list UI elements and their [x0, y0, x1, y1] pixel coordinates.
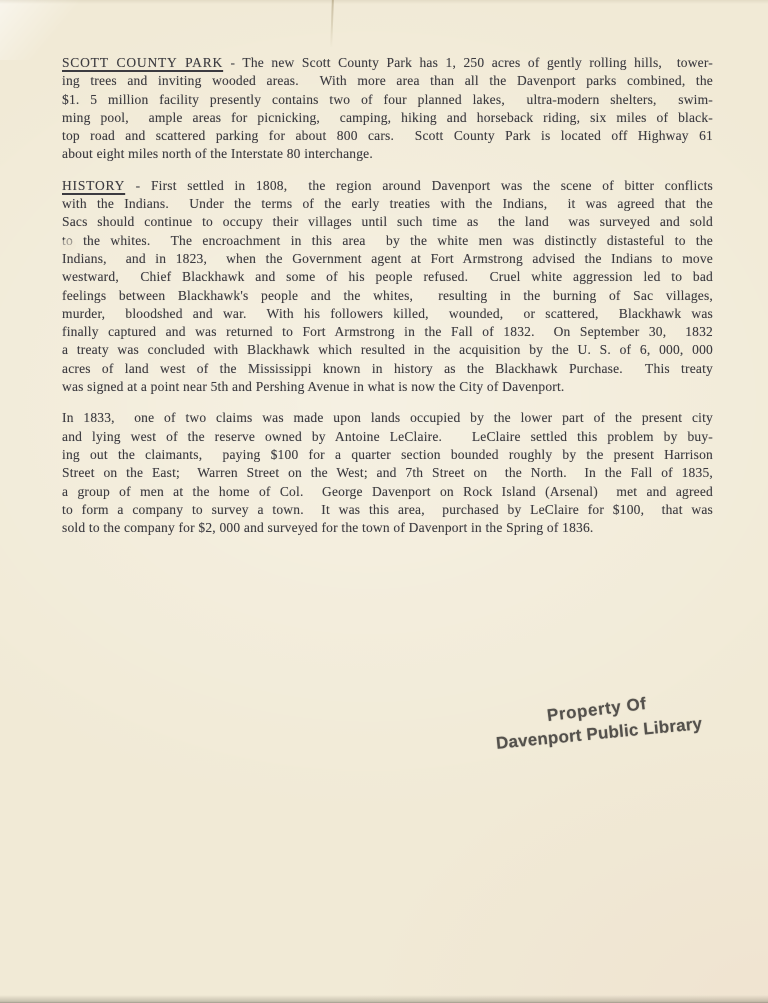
- text-line: top road and scattered parking for about…: [62, 127, 713, 145]
- text-line: to the whites. The encroachment in this …: [62, 232, 713, 250]
- text-line: was signed at a point near 5th and Persh…: [62, 378, 713, 396]
- text-line: feelings between Blackhawk's people and …: [62, 287, 713, 305]
- paper-crease-artifact: [330, 0, 334, 48]
- text-line: ing out the claimants, paying $100 for a…: [62, 446, 713, 464]
- library-ownership-stamp: Property Of Davenport Public Library: [461, 687, 736, 757]
- text-line: acres of land west of the Mississippi kn…: [62, 360, 713, 378]
- section-heading: SCOTT COUNTY PARK: [62, 55, 223, 70]
- text-line: Street on the East; Warren Street on the…: [62, 464, 713, 482]
- scanned-document-page: SCOTT COUNTY PARK - The new Scott County…: [0, 0, 768, 1003]
- text-line: SCOTT COUNTY PARK - The new Scott County…: [62, 54, 713, 72]
- text-line: ming pool, ample areas for picnicking, c…: [62, 109, 713, 127]
- text-line: a treaty was concluded with Blackhawk wh…: [62, 341, 713, 359]
- text-line: ing trees and inviting wooded areas. Wit…: [62, 72, 713, 90]
- text-line: sold to the company for $2, 000 and surv…: [62, 519, 713, 537]
- text-line: Sacs should continue to occupy their vil…: [62, 213, 713, 231]
- text-line: a group of men at the home of Col. Georg…: [62, 483, 713, 501]
- text-line: about eight miles north of the Interstat…: [62, 145, 713, 163]
- text-line: and lying west of the reserve owned by A…: [62, 428, 713, 446]
- paragraph-history: HISTORY - First settled in 1808, the reg…: [62, 177, 713, 397]
- section-heading: HISTORY: [62, 178, 125, 193]
- paper-edge-shadow-top: [0, 0, 768, 4]
- text-line: westward, Chief Blackhawk and some of hi…: [62, 268, 713, 286]
- text-line: to form a company to survey a town. It w…: [62, 501, 713, 519]
- text-line: In 1833, one of two claims was made upon…: [62, 409, 713, 427]
- paper-edge-shadow-bottom: [0, 995, 768, 1003]
- paragraph-scott-county-park: SCOTT COUNTY PARK - The new Scott County…: [62, 54, 713, 164]
- text-line: $1. 5 million facility presently contain…: [62, 91, 713, 109]
- text-line: murder, bloodshed and war. With his foll…: [62, 305, 713, 323]
- text-line: HISTORY - First settled in 1808, the reg…: [62, 177, 713, 195]
- paper-fold-artifact: [0, 0, 90, 60]
- document-body: SCOTT COUNTY PARK - The new Scott County…: [62, 54, 713, 550]
- text-line: finally captured and was returned to For…: [62, 323, 713, 341]
- text-line: with the Indians. Under the terms of the…: [62, 195, 713, 213]
- text-line: Indians, and in 1823, when the Governmen…: [62, 250, 713, 268]
- paragraph-1833-claims: In 1833, one of two claims was made upon…: [62, 409, 713, 537]
